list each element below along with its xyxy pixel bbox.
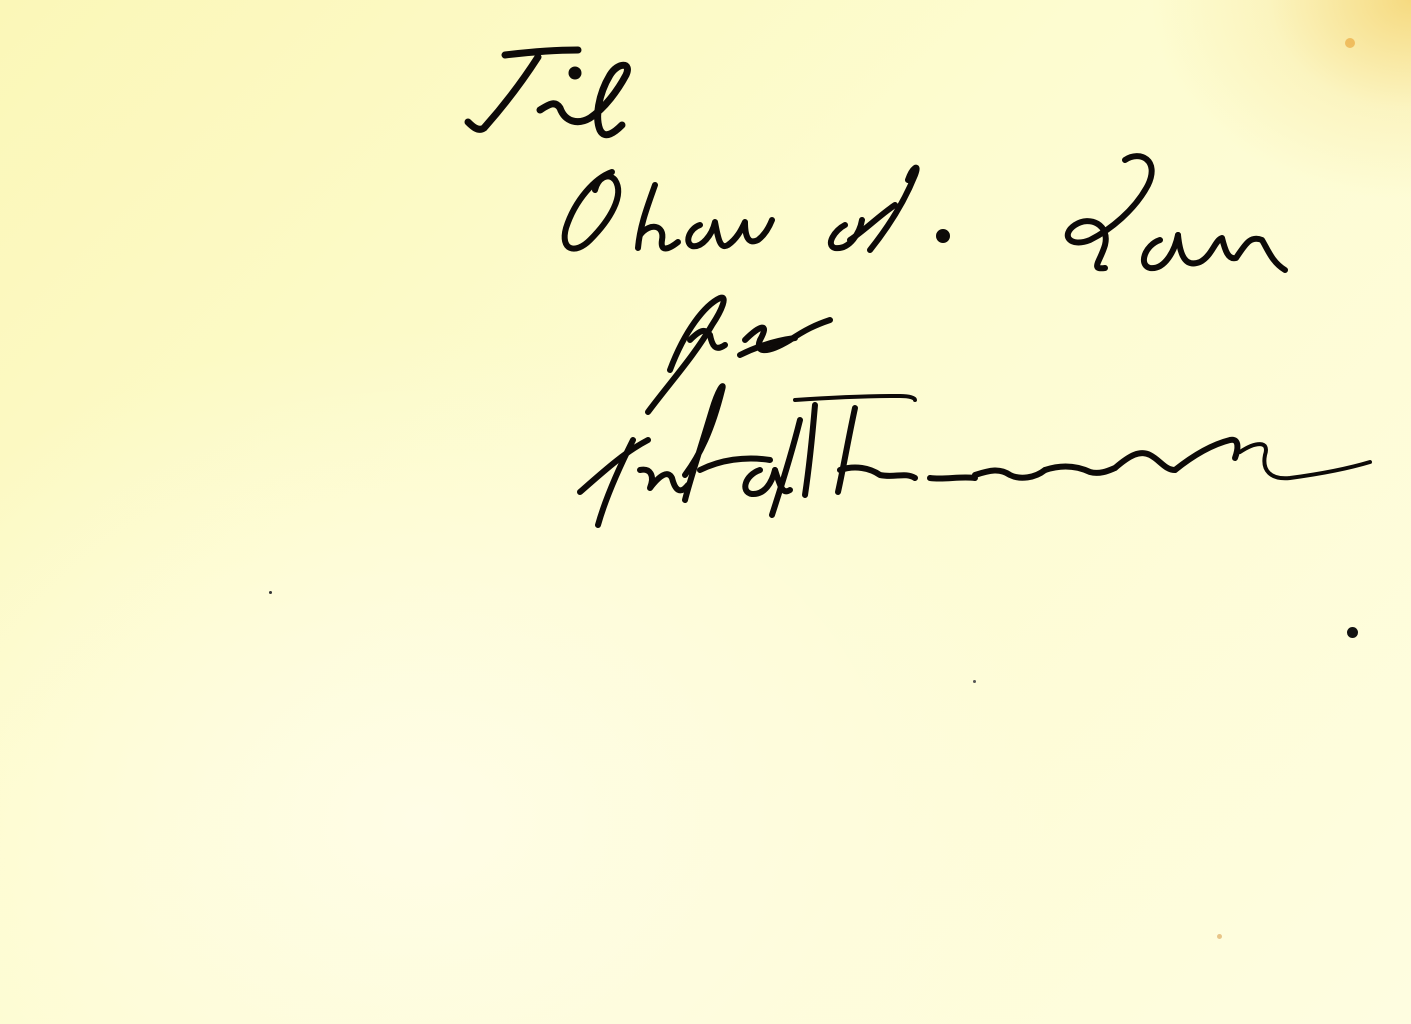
handwriting-ink bbox=[0, 0, 1411, 1024]
word-olav bbox=[565, 172, 772, 249]
word-loen bbox=[1068, 156, 1285, 270]
word-signature bbox=[580, 386, 1370, 525]
word-fra bbox=[648, 298, 830, 412]
word-til bbox=[468, 50, 627, 135]
word-a-initial bbox=[831, 168, 947, 250]
